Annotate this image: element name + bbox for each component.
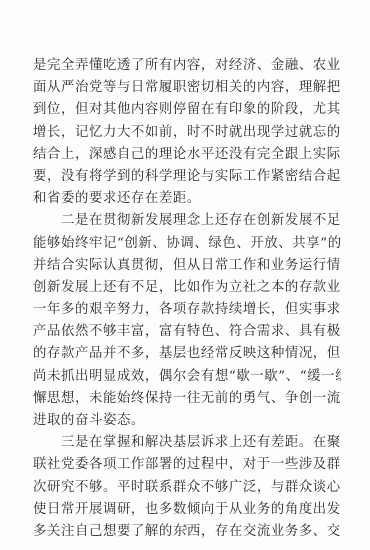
text-line: 结合上，深感自己的理论水平还没有完全跟上实际工作的紧迫需 — [33, 144, 341, 166]
text-line: 能够始终牢记“创新、协调、绿色、开放、共享”的新发展理念， — [33, 233, 341, 255]
text-line: 进取的奋斗姿态。 — [33, 410, 341, 432]
page-number: 3 — [0, 524, 370, 532]
text-line: 增长，记忆力大不如前，时不时就出现学过就忘的情况；在学用 — [33, 122, 341, 144]
text-line: 要，没有将学到的科学理论与实际工作紧密结合起来，距离中央 — [33, 166, 341, 188]
text-line: 到位，但对其他内容则停留在有印象的阶段，尤其是随着年龄的 — [33, 99, 341, 121]
text-line: 的存款产品并不多，基层也经常反映这种情况，但自己在这方面 — [33, 343, 341, 365]
text-line: 和省委的要求还存在差距。 — [33, 188, 341, 210]
text-line: 创新发展上还有不足，比如作为立社之本的存款业务，虽然经过 — [33, 277, 341, 299]
document-page: 是完全弄懂吃透了所有内容，对经济、金融、农业、农村以及全 面从严治党等与日常履职… — [0, 0, 370, 550]
text-line: 使日常开展调研，也多数倾向于从业务的角度出发了解情况，更 — [33, 499, 341, 521]
paragraph-start-line: 二是在贯彻新发展理念上还存在创新发展不足的问题。虽然 — [33, 210, 341, 232]
text-line: 一年多的艰辛努力，各项存款持续增长，但实事求是地讲，存款 — [33, 299, 341, 321]
text-line: 是完全弄懂吃透了所有内容，对经济、金融、农业、农村以及全 — [33, 55, 341, 77]
body-text: 是完全弄懂吃透了所有内容，对经济、金融、农业、农村以及全 面从严治党等与日常履职… — [33, 55, 341, 543]
text-line: 联社党委各项工作部署的过程中，对于一些涉及群众的问题深层 — [33, 454, 341, 476]
paragraph-start-line: 三是在掌握和解决基层诉求上还有差距。在聚焦精力落实省 — [33, 432, 341, 454]
text-line: 面从严治党等与日常履职密切相关的内容，理解把握的相对比较 — [33, 77, 341, 99]
text-line: 尚未抓出明显成效，偶尔会有想“歇一歇”、“缓一缓”的懒政松 — [33, 366, 341, 388]
text-line: 懈思想，未能始终保持一往无前的勇气、争创一流的决心和创新 — [33, 388, 341, 410]
text-line: 产品依然不够丰富，富有特色、符合需求、具有极强市场竞争力 — [33, 321, 341, 343]
text-line: 并结合实际认真贯彻，但从日常工作和业务运行情况看，在狠抓 — [33, 255, 341, 277]
text-line: 次研究不够。平时联系群众不够广泛，与群众谈心交流较少。即 — [33, 477, 341, 499]
